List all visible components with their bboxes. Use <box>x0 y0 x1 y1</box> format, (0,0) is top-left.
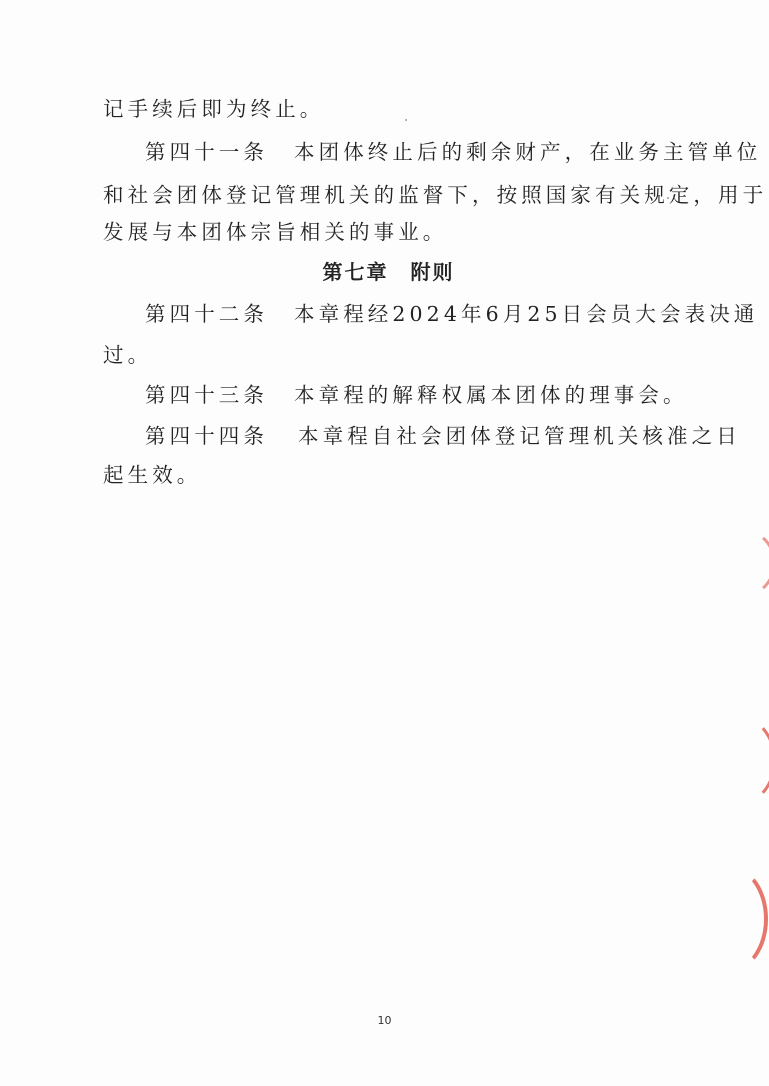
article-43-line-1: 第四十三条本章程的解释权属本团体的理事会。 <box>145 383 688 407</box>
article-text: 和社会团体登记管理机关的监督下，按照国家有关规定，用于 <box>103 183 767 207</box>
seal-fragment-icon <box>690 865 768 973</box>
document-page: 记手续后即为终止。 第四十一条本团体终止后的剩余财产，在业务主管单位 和社会团体… <box>0 0 769 1086</box>
article-text: 本章程经2024年6月25日会员大会表决通 <box>294 302 758 326</box>
seal-fragment-icon <box>700 715 769 806</box>
seal-fragment-icon <box>690 525 769 601</box>
scan-speck <box>405 119 407 121</box>
paragraph-continuation: 记手续后即为终止。 <box>103 97 324 121</box>
article-44-line-2: 起生效。 <box>103 463 201 487</box>
text-line: 记手续后即为终止。 <box>103 97 324 121</box>
article-number: 第四十三条 <box>145 383 268 407</box>
chapter-title: 第七章 附则 <box>0 260 769 284</box>
article-text: 发展与本团体宗旨相关的事业。 <box>103 220 447 244</box>
article-41-line-3: 发展与本团体宗旨相关的事业。 <box>103 220 447 244</box>
article-42-line-1: 第四十二条本章程经2024年6月25日会员大会表决通 <box>145 302 758 326</box>
article-number: 第四十二条 <box>145 302 268 326</box>
article-number: 第四十四条 <box>145 424 268 448</box>
article-text: 过。 <box>103 343 152 367</box>
page-number: 10 <box>0 1014 769 1027</box>
article-42-line-2: 过。 <box>103 343 152 367</box>
article-text: 起生效。 <box>103 463 201 487</box>
article-text: 本章程的解释权属本团体的理事会。 <box>294 383 688 407</box>
article-41-line-2: 和社会团体登记管理机关的监督下，按照国家有关规定，用于 <box>103 183 767 207</box>
article-number: 第四十一条 <box>145 140 268 164</box>
article-41-line-1: 第四十一条本团体终止后的剩余财产，在业务主管单位 <box>145 140 761 164</box>
article-text: 本团体终止后的剩余财产，在业务主管单位 <box>294 140 761 164</box>
article-text: 本章程自社会团体登记管理机关核准之日 <box>298 424 741 448</box>
scan-speck <box>667 197 669 199</box>
article-44-line-1: 第四十四条本章程自社会团体登记管理机关核准之日 <box>145 424 741 448</box>
